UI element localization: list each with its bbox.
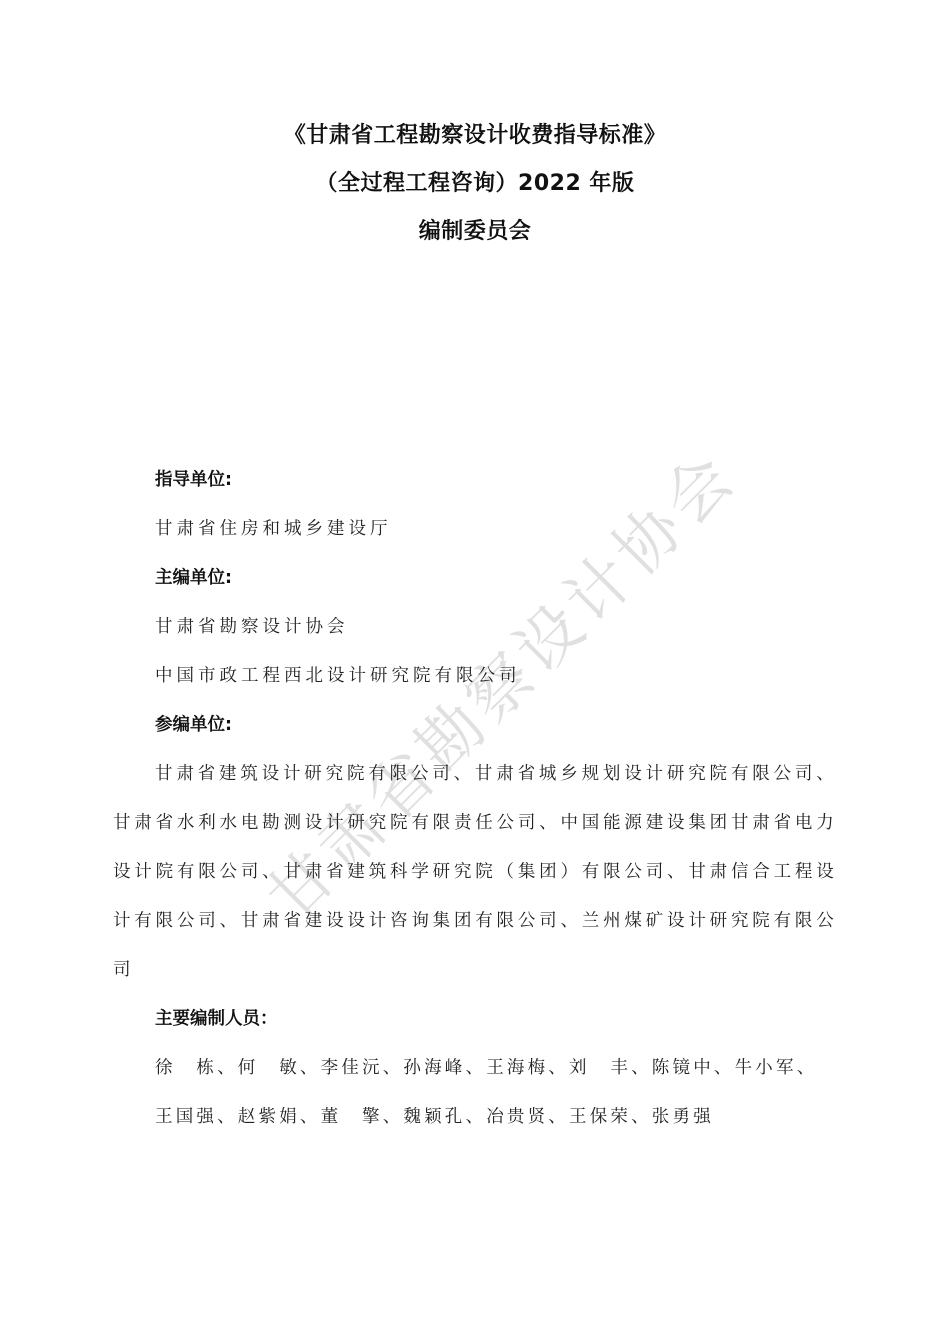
section-guiding-unit: 指导单位: 甘肃省住房和城乡建设厅 [113, 462, 837, 560]
section-heading: 主要编制人员： [113, 1001, 837, 1050]
title-line-committee: 编制委员会 [0, 208, 950, 256]
unit-name: 甘肃省住房和城乡建设厅 [113, 511, 837, 560]
section-heading: 主编单位: [113, 560, 837, 609]
document-title: 《甘肃省工程勘察设计收费指导标准》 （全过程工程咨询）2022 年版 编制委员会 [0, 112, 950, 256]
title-line-edition: （全过程工程咨询）2022 年版 [0, 160, 950, 208]
section-participating-units: 参编单位: 甘肃省建筑设计研究院有限公司、甘肃省城乡规划设计研究院有限公司、甘肃… [113, 707, 837, 995]
section-main-editors: 主要编制人员： 徐 栋、何 敏、李佳沅、孙海峰、王海梅、刘 丰、陈镜中、牛小军、… [113, 1001, 837, 1148]
section-heading: 指导单位: [113, 462, 837, 511]
unit-name: 中国市政工程西北设计研究院有限公司 [113, 658, 837, 707]
editor-names-line: 王国强、赵紫娟、董 擎、魏颖孔、冶贵贤、王保荣、张勇强 [113, 1099, 837, 1148]
title-line-standard-name: 《甘肃省工程勘察设计收费指导标准》 [0, 112, 950, 160]
section-chief-editor-units: 主编单位: 甘肃省勘察设计协会 中国市政工程西北设计研究院有限公司 [113, 560, 837, 707]
committee-content: 指导单位: 甘肃省住房和城乡建设厅 主编单位: 甘肃省勘察设计协会 中国市政工程… [113, 462, 837, 1148]
participating-units-paragraph: 甘肃省建筑设计研究院有限公司、甘肃省城乡规划设计研究院有限公司、甘肃省水利水电勘… [113, 750, 837, 995]
editor-names-line: 徐 栋、何 敏、李佳沅、孙海峰、王海梅、刘 丰、陈镜中、牛小军、 [113, 1050, 837, 1099]
document-page: 甘肃省勘察设计协会 《甘肃省工程勘察设计收费指导标准》 （全过程工程咨询）202… [0, 0, 950, 1344]
unit-name: 甘肃省勘察设计协会 [113, 609, 837, 658]
section-heading: 参编单位: [113, 707, 837, 756]
